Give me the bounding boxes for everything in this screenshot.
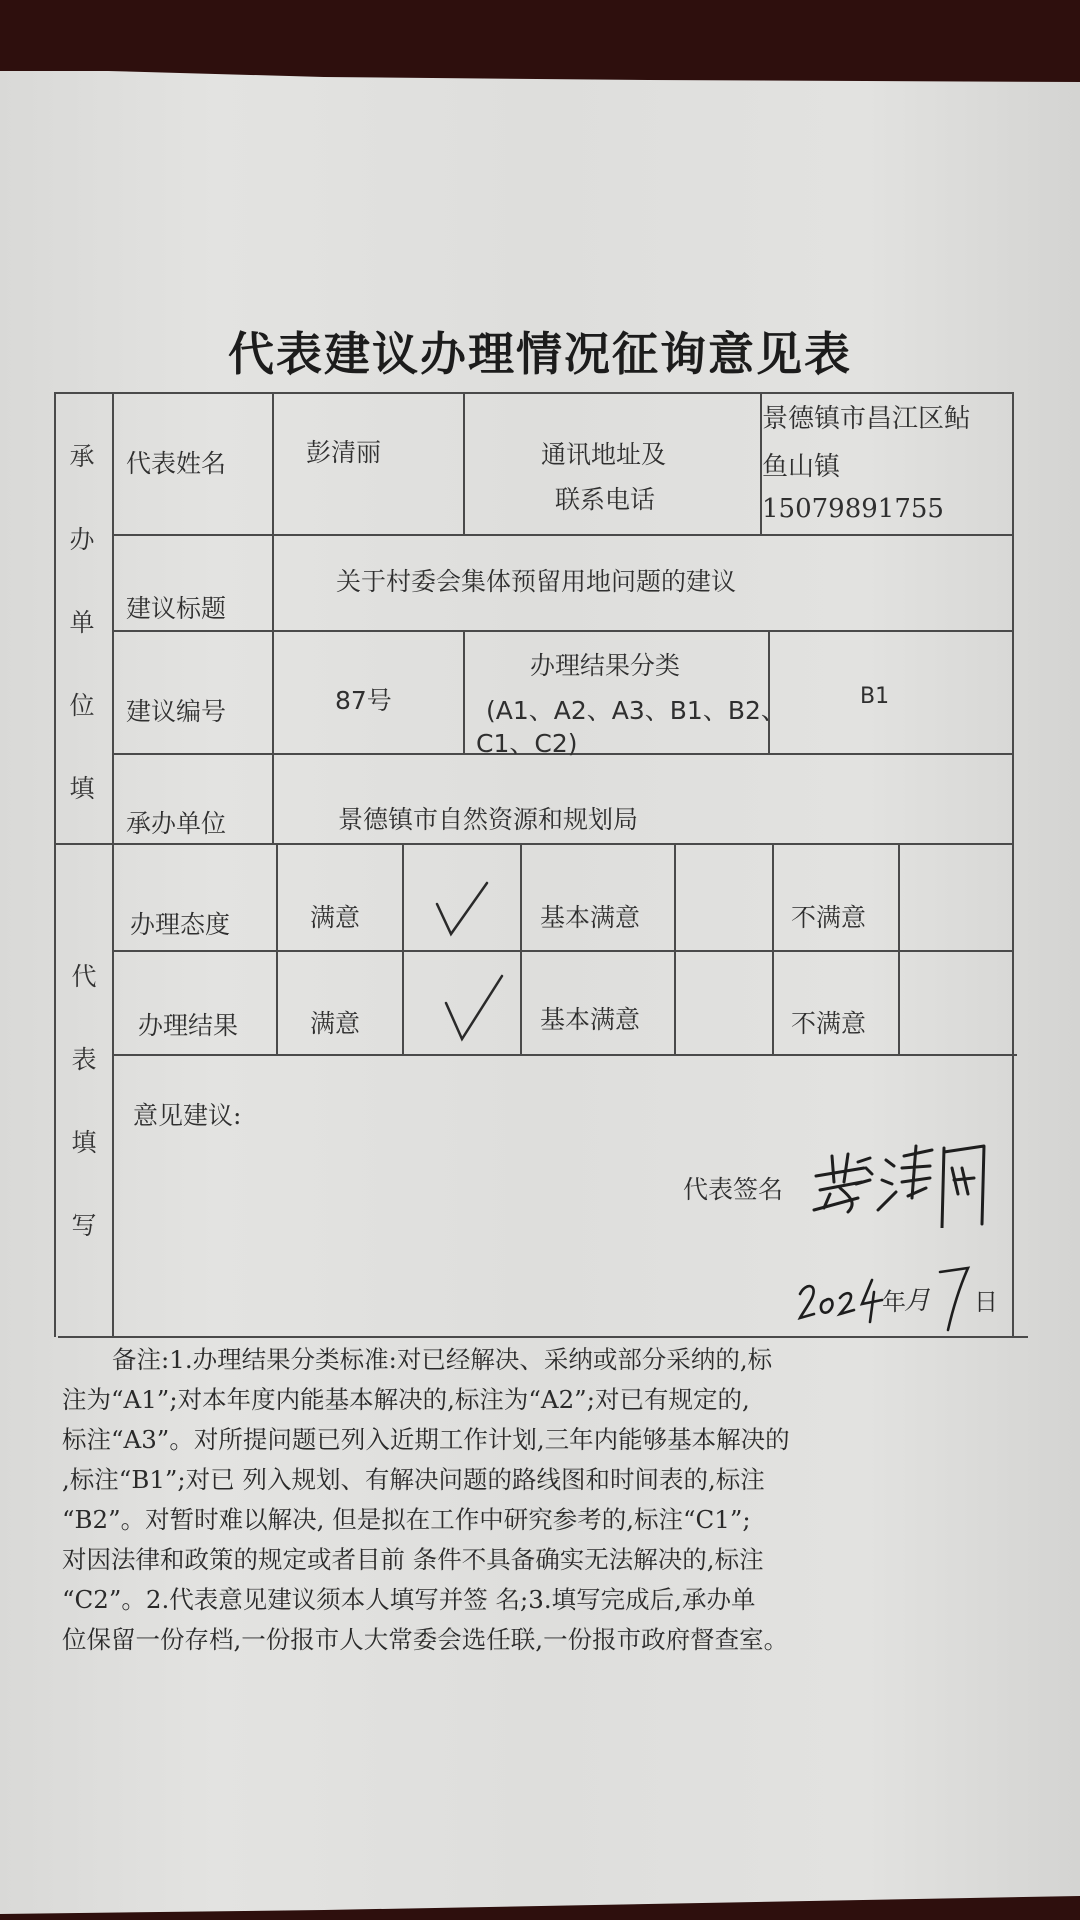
suggestion-no-value: 87号 <box>335 681 392 717</box>
result-category-options: (A1、A2、A3、B1、B2、 <box>486 691 786 727</box>
result-category-value: B1 <box>860 684 889 709</box>
side-char: 表 <box>64 1018 104 1101</box>
signature-label: 代表签名 <box>683 1170 783 1206</box>
checkbox-unsatisfied[interactable] <box>900 952 1010 1052</box>
result-category-label: 办理结果分类 <box>530 646 680 682</box>
row-divider <box>112 950 1012 952</box>
handling-unit-value: 景德镇市自然资源和规划局 <box>338 800 638 836</box>
checkmark-icon <box>433 880 493 940</box>
row-divider <box>112 1054 1017 1056</box>
phone-number: 15079891755 <box>762 494 944 524</box>
table-border-right <box>1012 392 1014 1337</box>
side-char: 填 <box>64 1101 104 1184</box>
notes-line: ,标注“B1”;对已 列入规划、有解决问题的路线图和时间表的,标注 <box>62 1460 942 1500</box>
option-basic-satisfied: 基本满意 <box>540 1000 640 1036</box>
handwritten-year-icon <box>796 1274 886 1330</box>
contact-label-line2: 联系电话 <box>555 480 655 516</box>
col-divider <box>463 630 465 753</box>
notes-line: 对因法律和政策的规定或者目前 条件不具备确实无法解决的,标注 <box>62 1540 942 1580</box>
suggestion-title-label: 建议标题 <box>126 589 226 625</box>
rep-name-label: 代表姓名 <box>126 444 226 480</box>
notes-line: 位保留一份存档,一份报市人大常委会选任联,一份报市政府督查室。 <box>62 1620 942 1660</box>
option-unsatisfied: 不满意 <box>791 898 866 934</box>
notes-line: “C2”。2.代表意见建议须本人填写并签 名;3.填写完成后,承办单 <box>62 1580 942 1620</box>
notes-text: 备注:1.办理结果分类标准:对已经解决、采纳或部分采纳的,标 <box>112 1345 772 1374</box>
option-unsatisfied: 不满意 <box>791 1004 866 1040</box>
rating-label: 办理结果 <box>138 1006 238 1042</box>
checkbox-unsatisfied[interactable] <box>900 846 1010 948</box>
address-line2: 鱼山镇 <box>762 446 840 483</box>
address-line1: 景德镇市昌江区鲇 <box>762 398 970 435</box>
option-satisfied: 满意 <box>310 1004 360 1040</box>
side-char: 位 <box>62 664 102 747</box>
notes-line: “B2”。对暂时难以解决, 但是拟在工作中研究参考的,标注“C1”; <box>62 1500 942 1540</box>
checkbox-satisfied-checked[interactable] <box>440 973 510 1047</box>
month-hand: 月 <box>904 1280 930 1317</box>
side-label-rep: 代 表 填 写 <box>64 935 104 1267</box>
col-divider <box>402 843 404 1054</box>
year-char: 年 <box>882 1282 906 1317</box>
row-divider <box>112 534 1012 536</box>
handling-unit-label: 承办单位 <box>126 804 226 840</box>
table-border-left <box>54 392 56 1337</box>
side-char: 填 <box>62 747 102 830</box>
suggestion-no-label: 建议编号 <box>126 692 226 728</box>
notes-line: 标注“A3”。对所提问题已列入近期工作计划,三年内能够基本解决的 <box>62 1420 942 1460</box>
checkmark-icon <box>440 973 510 1043</box>
checkbox-basic-satisfied[interactable] <box>676 952 770 1052</box>
signature-date: 年 月 日 <box>796 1268 1006 1332</box>
handwritten-day-icon <box>936 1264 972 1334</box>
notes-paragraph: 备注:1.办理结果分类标准:对已经解决、采纳或部分采纳的,标 注为“A1”;对本… <box>62 1340 942 1660</box>
opinion-label: 意见建议: <box>133 1096 241 1132</box>
handwritten-signature <box>812 1138 992 1232</box>
notes-line: 备注:1.办理结果分类标准:对已经解决、采纳或部分采纳的,标 <box>62 1340 942 1380</box>
rep-name-value: 彭清丽 <box>306 433 381 469</box>
day-char: 日 <box>974 1282 998 1317</box>
side-char: 办 <box>62 498 102 581</box>
contact-label-line1: 通讯地址及 <box>541 435 666 471</box>
checkbox-basic-satisfied[interactable] <box>676 846 770 948</box>
col-divider <box>463 392 465 534</box>
rating-label: 办理态度 <box>130 905 230 941</box>
signature-scribble-icon <box>812 1138 992 1228</box>
section-divider <box>54 843 1012 845</box>
side-char: 代 <box>64 935 104 1018</box>
side-char: 承 <box>62 415 102 498</box>
result-category-options: C1、C2) <box>476 724 577 760</box>
option-satisfied: 满意 <box>310 898 360 934</box>
side-label-unit: 承 办 单 位 填 <box>62 415 102 830</box>
side-char: 单 <box>62 581 102 664</box>
table-border-bottom <box>58 1336 1028 1338</box>
col-divider <box>520 843 522 1054</box>
checkbox-satisfied-checked[interactable] <box>433 880 493 944</box>
col-divider <box>772 843 774 1054</box>
table-border-top <box>54 392 1012 394</box>
option-basic-satisfied: 基本满意 <box>540 898 640 934</box>
suggestion-title-value: 关于村委会集体预留用地问题的建议 <box>336 562 736 598</box>
notes-line: 注为“A1”;对本年度内能基本解决的,标注为“A2”;对已有规定的, <box>62 1380 942 1420</box>
row-divider <box>112 630 1012 632</box>
col-divider <box>276 843 278 1054</box>
document-title: 代表建议办理情况征询意见表 <box>0 318 1080 384</box>
side-char: 写 <box>64 1184 104 1267</box>
col-divider <box>272 392 274 843</box>
